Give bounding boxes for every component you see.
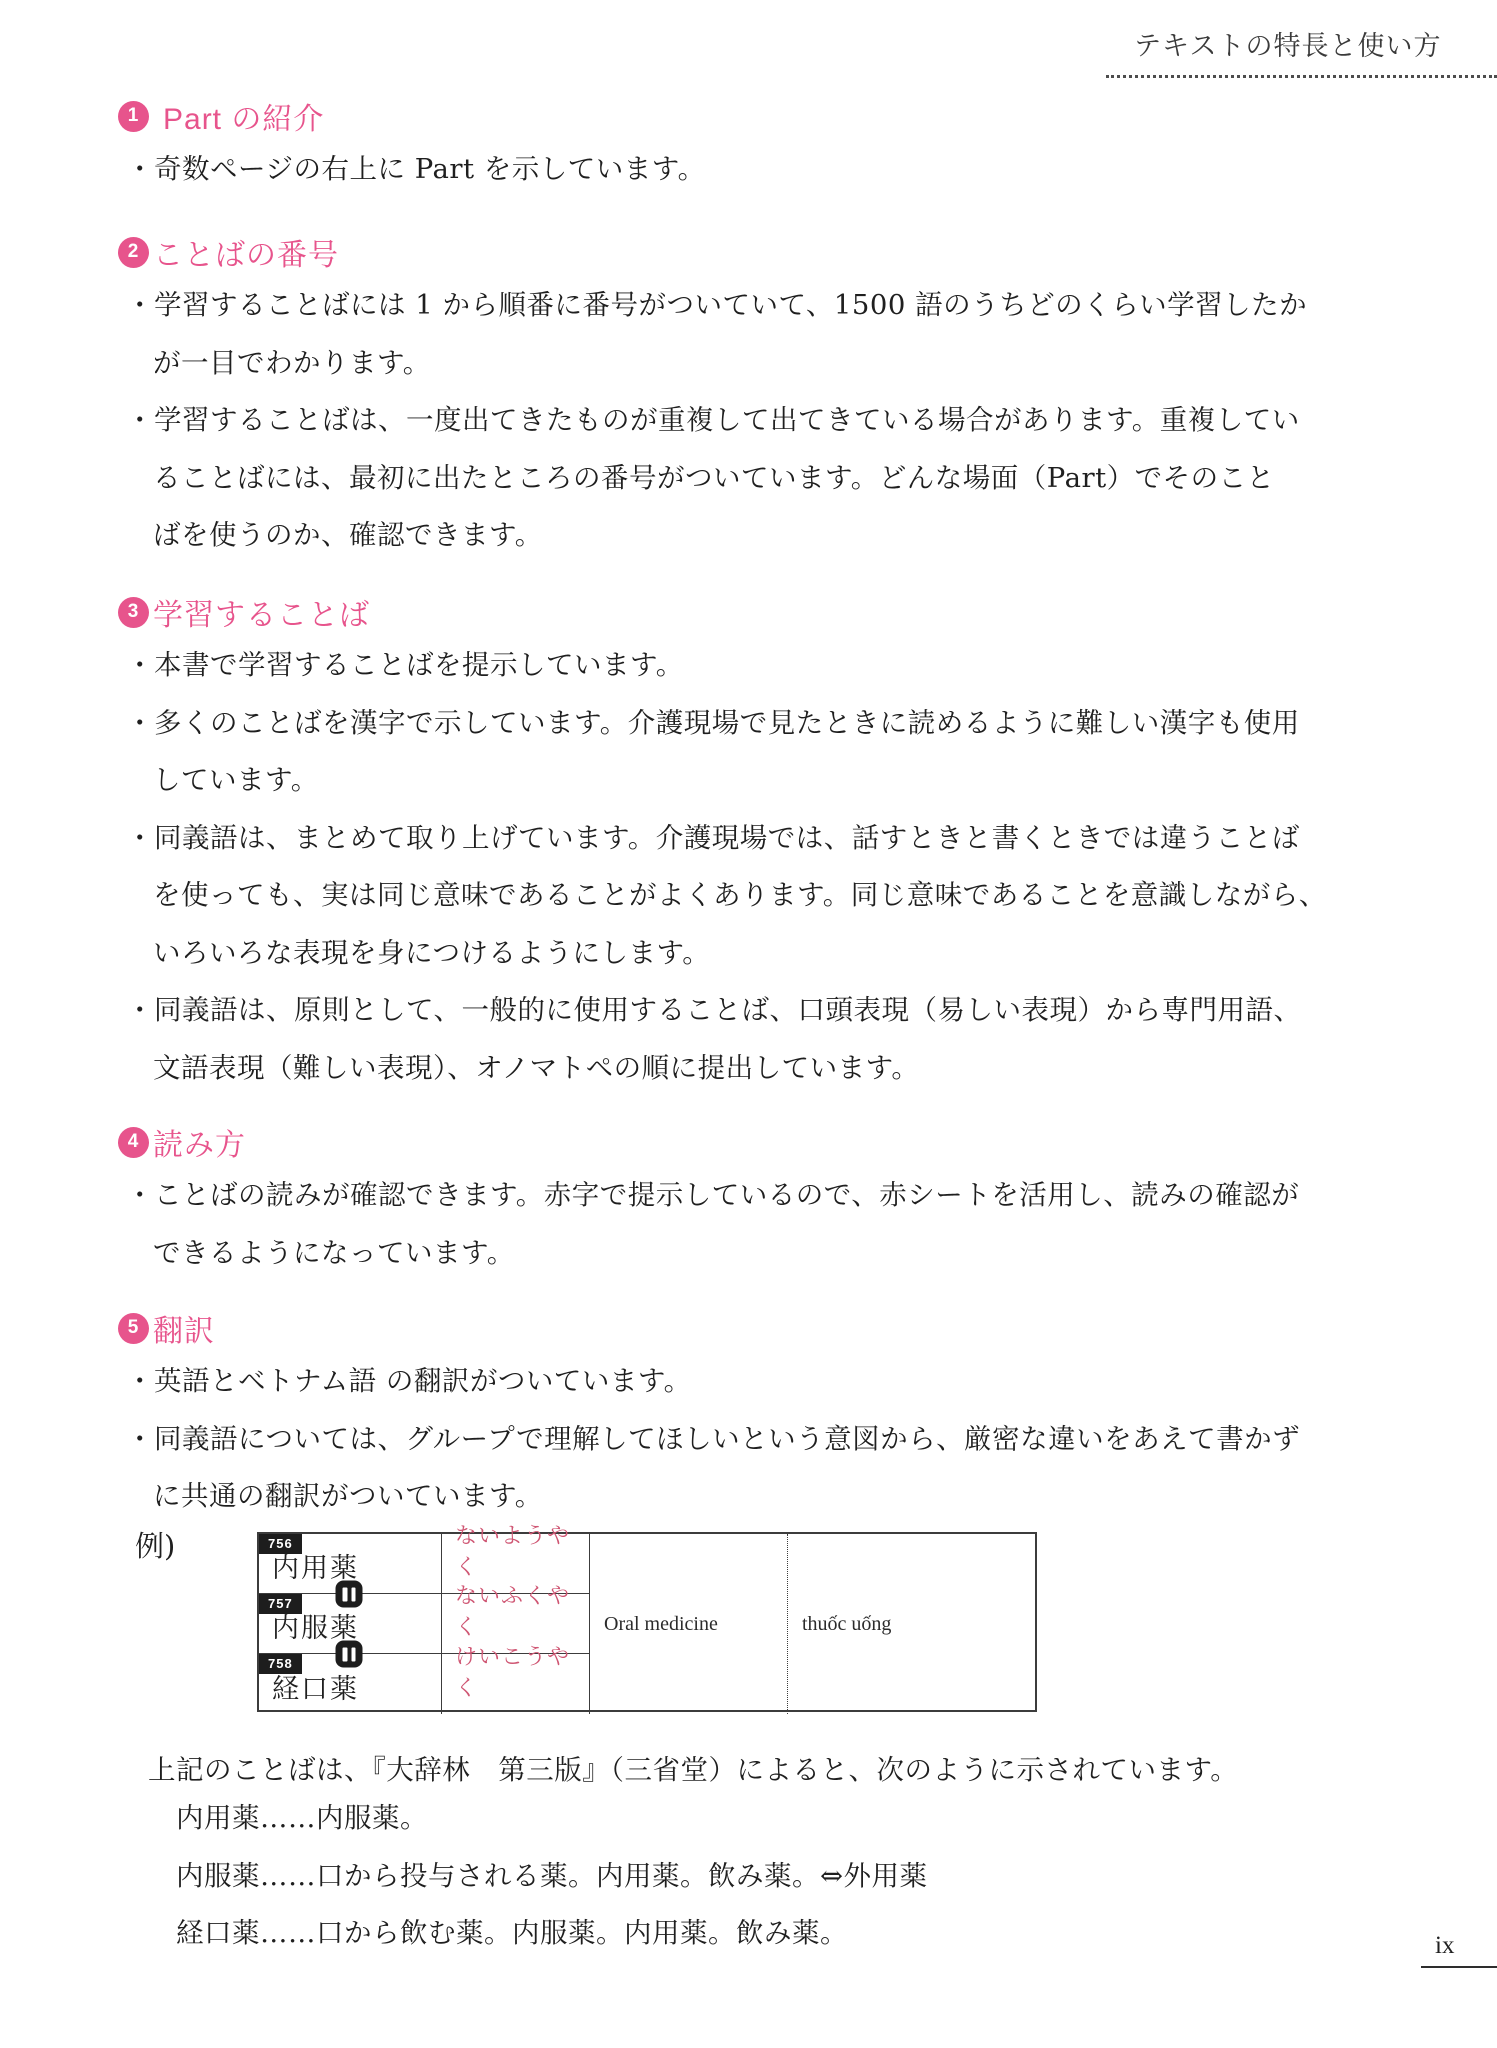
body-line: ・本書で学習することばを提示しています。 [118,637,1417,695]
section-part-intro: 1 Part の紹介 ・奇数ページの右上に Part を示しています。 [118,96,1417,199]
body-line: ・学習することばには 1 から順番に番号がついていて、1500 語のうちどのくら… [118,277,1417,335]
vocab-word: 経口薬 [272,1667,359,1706]
page-header: テキストの特長と使い方 [1106,24,1497,78]
section-title: Part の紹介 [163,94,324,138]
section-heading: 1 Part の紹介 [118,96,1417,136]
vocab-reading: ないようやく [455,1519,589,1581]
section-readings: 4 読み方 ・ことばの読みが確認できます。赤字で提示しているので、赤シートを活用… [118,1122,1417,1282]
section-heading: 3 学習することば [118,592,1417,632]
section-heading: 2 ことばの番号 [118,232,1417,272]
section-title: 翻訳 [153,1306,215,1350]
dictionary-intro: 上記のことばは、『大辞林 第三版』（三省堂）によると、次のように示されています。 [148,1750,1417,1790]
section-number-badge: 2 [118,237,149,268]
body-line: ・同義語は、まとめて取り上げています。介護現場では、話すときと書くときでは違うこ… [118,810,1417,868]
dictionary-note: 上記のことばは、『大辞林 第三版』（三省堂）によると、次のように示されています。… [148,1750,1417,1963]
body-line: ・奇数ページの右上に Part を示しています。 [118,141,1417,199]
section-word-numbers: 2 ことばの番号 ・学習することばには 1 から順番に番号がついていて、1500… [118,232,1417,565]
section-title: ことばの番号 [153,230,339,274]
body-line: ・ことばの読みが確認できます。赤字で提示しているので、赤シートを活用し、読みの確… [118,1167,1417,1225]
body-line: ・同義語は、原則として、一般的に使用することば、口頭表現（易しい表現）から専門用… [118,982,1417,1040]
section-number-badge: 5 [118,1313,149,1344]
section-translation: 5 翻訳 ・英語とベトナム語 の翻訳がついています。 ・同義語については、グルー… [118,1308,1417,1526]
body-line: ばを使うのか、確認できます。 [118,507,1417,565]
body-line: ・英語とベトナム語 の翻訳がついています。 [118,1353,1417,1411]
section-heading: 4 読み方 [118,1122,1417,1162]
body-line: が一目でわかります。 [118,335,1417,393]
dictionary-entry: 内用薬……内服薬。 [148,1790,1417,1848]
body-line: しています。 [118,752,1417,810]
page-header-title: テキストの特長と使い方 [1134,31,1441,61]
body-line: ることばには、最初に出たところの番号がついています。どんな場面（Part）でその… [118,450,1417,508]
vocab-reading: ないふくやく [455,1579,589,1641]
section-study-words: 3 学習することば ・本書で学習することばを提示しています。 ・多くのことばを漢… [118,592,1417,1097]
body-line: を使っても、実は同じ意味であることがよくあります。同じ意味であることを意識しなが… [118,867,1417,925]
dictionary-entry: 経口薬……口から飲む薬。内服薬。内用薬。飲み薬。 [148,1905,1417,1963]
vocab-reading-cell: けいこうやく [442,1654,590,1714]
vocab-word: 内服薬 [272,1606,359,1645]
body-line: できるようになっています。 [118,1225,1417,1283]
body-line: 文語表現（難しい表現）、オノマトペの順に提出しています。 [118,1040,1417,1098]
section-title: 学習することば [153,590,370,634]
body-line: いろいろな表現を身につけるようにします。 [118,925,1417,983]
vietnamese-translation: thuốc uống [788,1534,1035,1714]
body-line: ・同義語については、グループで理解してほしいという意図から、厳密な違いをあえて書… [118,1411,1417,1469]
body-line: に共通の翻訳がついています。 [118,1468,1417,1526]
page-number: ix [1435,1932,1454,1959]
section-number-badge: 3 [118,597,149,628]
example-vocab-table: 756 内用薬 ないようやく 757 内服薬 ないふくやく 758 経口薬 けい… [257,1532,1037,1712]
section-number-badge: 1 [118,101,149,132]
vocab-word: 内用薬 [272,1546,359,1585]
dictionary-entry: 内服薬……口から投与される薬。内用薬。飲み薬。⇔外用薬 [148,1848,1417,1906]
synonym-link-icon [336,1641,363,1668]
vocab-reading: けいこうやく [455,1640,589,1702]
synonym-link-icon [336,1581,363,1608]
page-footer: ix [1421,1932,1497,1968]
textbook-usage-page: { "header": { "title": "テキストの特長と使い方" }, … [0,0,1497,2048]
section-title: 読み方 [153,1120,246,1164]
body-line: ・学習することばは、一度出てきたものが重複して出てきている場合があります。重複し… [118,392,1417,450]
english-translation: Oral medicine [590,1534,788,1714]
section-number-badge: 4 [118,1127,149,1158]
example-label: 例) [135,1524,175,1565]
body-line: ・多くのことばを漢字で示しています。介護現場で見たときに読めるように難しい漢字も… [118,695,1417,753]
section-heading: 5 翻訳 [118,1308,1417,1348]
